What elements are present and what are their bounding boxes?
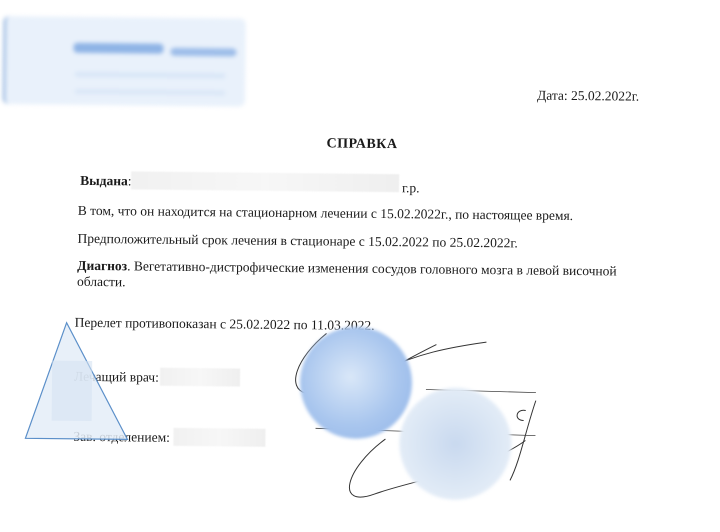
- diagnosis-label: Диагноз: [77, 258, 127, 274]
- term-line: Предположительный срок лечения в стацион…: [77, 231, 517, 252]
- redacted-doctor-name: [160, 368, 240, 387]
- triangle-stamp-icon: [21, 320, 132, 451]
- stationary-line: В том, что он находится на стационарном …: [78, 203, 573, 224]
- round-stamp-2-icon: [399, 387, 512, 500]
- birth-year-suffix: г.р.: [402, 180, 420, 196]
- diagnosis-line-2: области.: [77, 274, 126, 291]
- diagnosis-line: Диагноз. Вегетативно-дистрофические изме…: [77, 258, 617, 280]
- document-page: Дата: 25.02.2022г. СПРАВКА Выдана: г.р. …: [0, 0, 720, 532]
- clinic-header-stamp-icon: [3, 16, 246, 107]
- issued-line: Выдана:: [80, 173, 132, 190]
- document-title: СПРАВКА: [326, 136, 397, 153]
- redacted-patient-name: [131, 171, 399, 192]
- issued-label: Выдана: [80, 173, 128, 188]
- round-stamp-1-icon: [299, 326, 412, 439]
- document-date: Дата: 25.02.2022г.: [537, 88, 639, 105]
- diagnosis-text: . Вегетативно-дистрофические изменения с…: [127, 258, 617, 278]
- redacted-head-name: [173, 428, 265, 447]
